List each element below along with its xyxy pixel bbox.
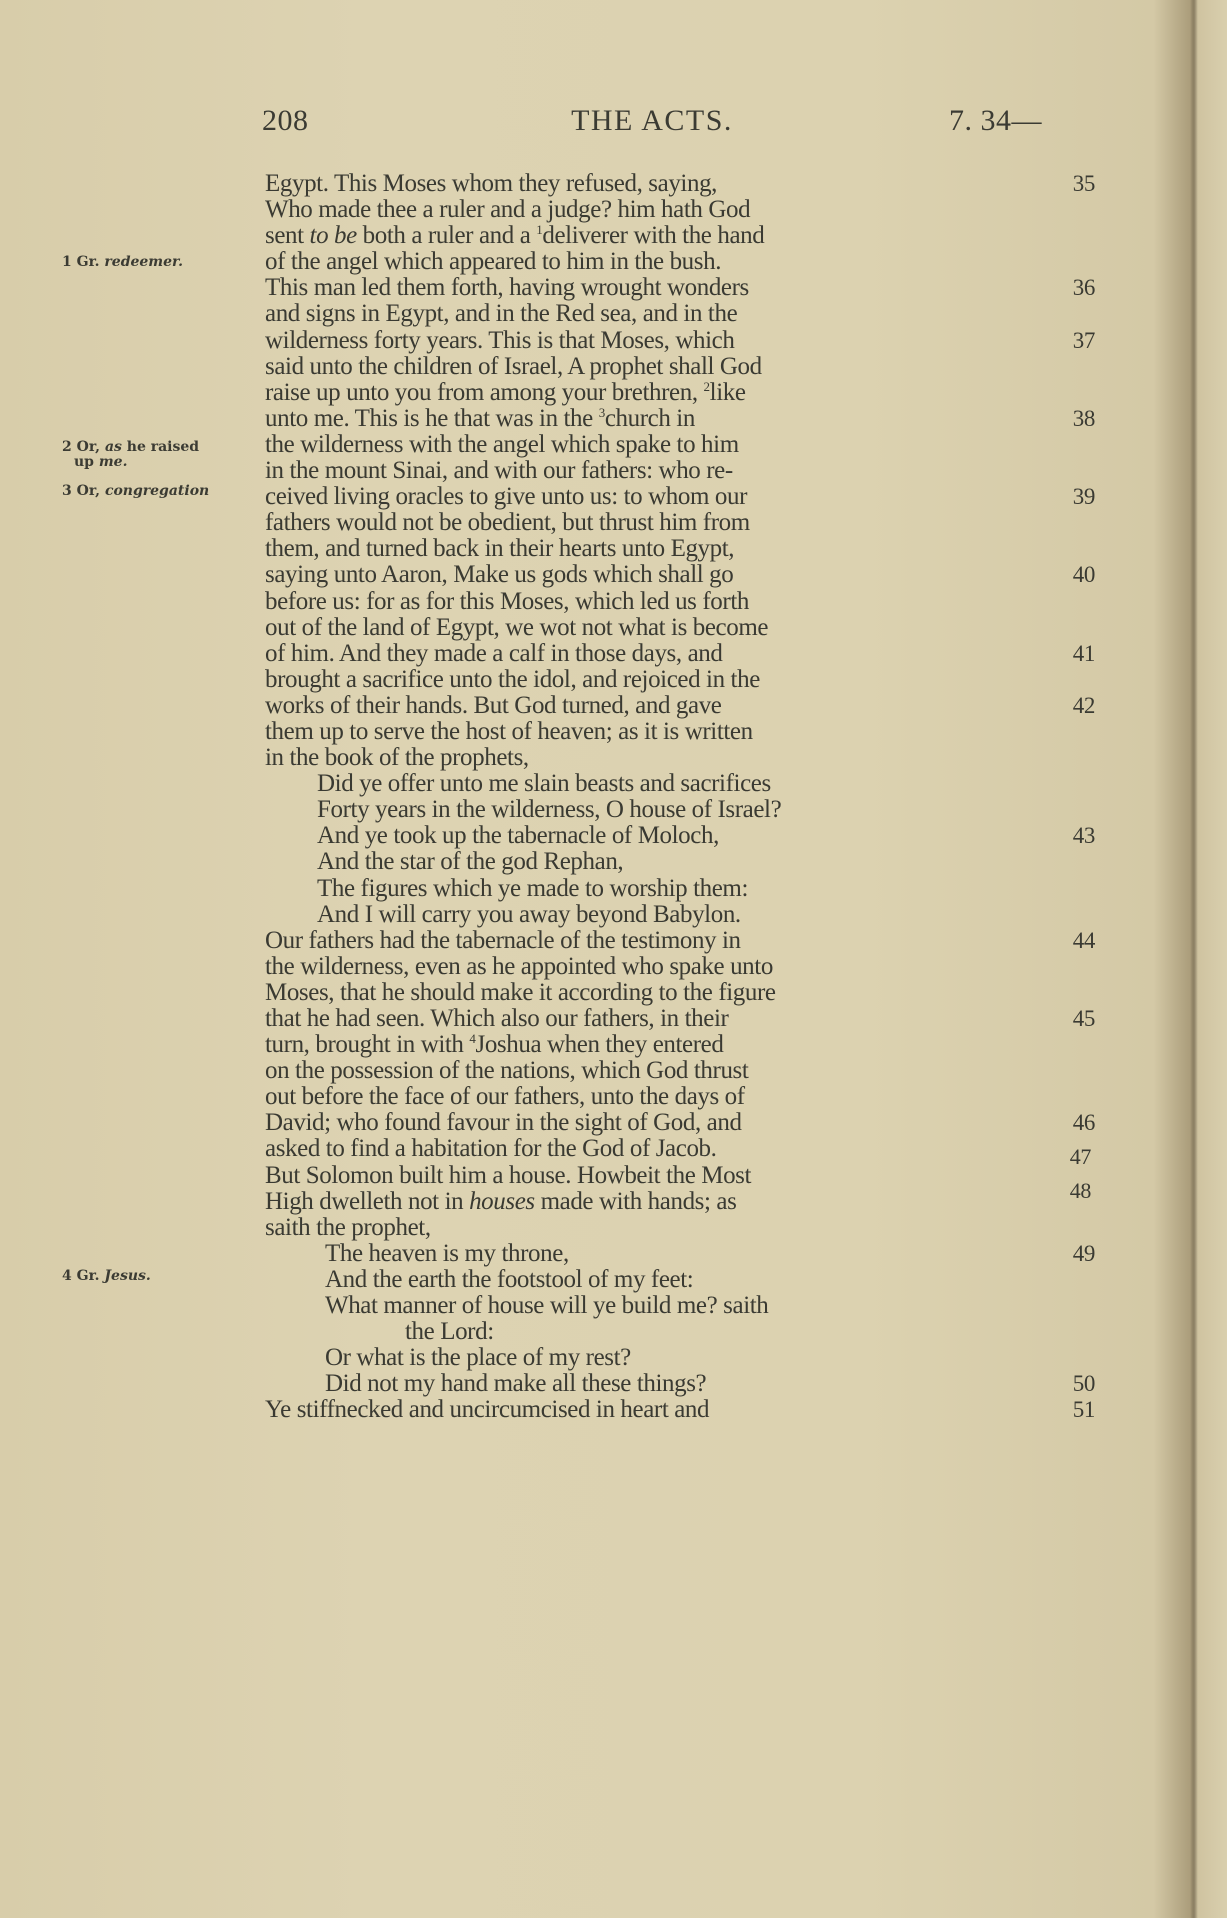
text-span: church in <box>605 405 695 432</box>
text-line: the Lord: <box>265 1319 1095 1345</box>
text-span: unto me. This is he that was in the <box>265 405 599 432</box>
margin-note: 3 Or, congregation <box>62 484 209 499</box>
text-line: The heaven is my throne,49 <box>265 1241 1095 1267</box>
line-text: in the mount Sinai, and with our fathers… <box>265 458 733 484</box>
text-span: turn, brought in with <box>265 1031 469 1058</box>
text-line: wilderness forty years. This is that Mos… <box>265 328 1095 354</box>
text-line: Ye stiffnecked and uncircumcised in hear… <box>265 1397 1095 1423</box>
text-line: What manner of house will ye build me? s… <box>265 1293 1095 1319</box>
line-text: High dwelleth not in houses made with ha… <box>265 1189 736 1215</box>
line-text: Or what is the place of my rest? <box>325 1345 631 1371</box>
text-line: in the book of the prophets, <box>265 745 1095 771</box>
verse-number: 36 <box>1073 275 1095 301</box>
text-line: Who made thee a ruler and a judge? him h… <box>265 197 1095 223</box>
line-text: raise up unto you from among your brethr… <box>265 380 746 406</box>
text-line: before us: for as for this Moses, which … <box>265 589 1095 615</box>
text-line: And I will carry you away beyond Babylon… <box>265 902 1095 928</box>
line-text: and signs in Egypt, and in the Red sea, … <box>265 301 737 327</box>
text-line: High dwelleth not in houses made with ha… <box>265 1189 1095 1215</box>
verse-number: 49 <box>1073 1241 1095 1267</box>
line-text: Egypt. This Moses whom they refused, say… <box>265 171 717 197</box>
text-span: made with hands; as <box>535 1188 737 1215</box>
text-line: brought a sacrifice unto the idol, and r… <box>265 667 1095 693</box>
text-line: Or what is the place of my rest? <box>265 1345 1095 1371</box>
text-line: on the possession of the nations, which … <box>265 1058 1095 1084</box>
verse-number: 37 <box>1073 328 1095 354</box>
margin-note-prefix: Or, <box>77 439 100 455</box>
margin-note-prefix: Or, <box>77 483 100 499</box>
text-line: the wilderness with the angel which spak… <box>265 432 1095 458</box>
line-text: Did ye offer unto me slain beasts and sa… <box>317 771 771 797</box>
text-line: out of the land of Egypt, we wot not wha… <box>265 615 1095 641</box>
line-text: the Lord: <box>405 1319 494 1345</box>
text-span: sent <box>265 222 310 249</box>
line-text: saying unto Aaron, Make us gods which sh… <box>265 562 733 588</box>
line-text: Who made thee a ruler and a judge? him h… <box>265 197 750 223</box>
verse-number: 46 <box>1073 1110 1095 1136</box>
line-text: the wilderness, even as he appointed who… <box>265 954 773 980</box>
verse-number: 51 <box>1073 1397 1095 1423</box>
line-text: on the possession of the nations, which … <box>265 1058 748 1084</box>
line-text: Ye stiffnecked and uncircumcised in hear… <box>265 1397 709 1423</box>
text-line: Egypt. This Moses whom they refused, say… <box>265 171 1095 197</box>
line-text: that he had seen. Which also our fathers… <box>265 1006 728 1032</box>
line-text: Did not my hand make all these things? <box>325 1371 706 1397</box>
page-gutter-shadow <box>1190 0 1198 1918</box>
verse-number: 44 <box>1073 928 1095 954</box>
text-line: and signs in Egypt, and in the Red sea, … <box>265 301 1095 327</box>
text-line: saying unto Aaron, Make us gods which sh… <box>265 562 1095 588</box>
text-line: And the star of the god Rephan, <box>265 849 1095 875</box>
line-text: in the book of the prophets, <box>265 745 529 771</box>
margin-note-num: 2 <box>62 439 72 455</box>
margin-note: 2 Or, as he raisedup me. <box>62 440 199 470</box>
verse-number: 38 <box>1073 406 1095 432</box>
margin-note: 4 Gr. Jesus. <box>62 1269 151 1284</box>
verse-number: 42 <box>1073 693 1095 719</box>
margin-note-continuation: up me. <box>62 454 127 470</box>
margin-note-text2-italic: me. <box>99 454 128 470</box>
text-line: raise up unto you from among your brethr… <box>265 380 1095 406</box>
text-span: raise up unto you from among your brethr… <box>265 379 704 406</box>
line-text: saith the prophet, <box>265 1215 431 1241</box>
text-line: And ye took up the tabernacle of Moloch,… <box>265 823 1095 849</box>
text-line: said unto the children of Israel, A prop… <box>265 354 1095 380</box>
text-span: Joshua when they entered <box>476 1031 724 1058</box>
text-line: This man led them forth, having wrought … <box>265 275 1095 301</box>
text-line: that he had seen. Which also our fathers… <box>265 1006 1095 1032</box>
line-text: Moses, that he should make it according … <box>265 980 776 1006</box>
margin-note-text-italic: as <box>105 439 122 455</box>
line-text: of him. And they made a calf in those da… <box>265 641 722 667</box>
text-line: of the angel which appeared to him in th… <box>265 249 1095 275</box>
line-text: out of the land of Egypt, we wot not wha… <box>265 615 768 641</box>
verse-number: 40 <box>1073 562 1095 588</box>
text-line: them, and turned back in their hearts un… <box>265 536 1095 562</box>
italic-text: houses <box>469 1188 535 1215</box>
line-text: The heaven is my throne, <box>325 1241 569 1267</box>
margin-note-num: 4 <box>62 1268 72 1284</box>
line-text: them up to serve the host of heaven; as … <box>265 719 753 745</box>
text-line: saith the prophet, <box>265 1215 1095 1241</box>
margin-note-prefix: Gr. <box>77 254 100 270</box>
text-span: High dwelleth not in <box>265 1188 469 1215</box>
text-line: the wilderness, even as he appointed who… <box>265 954 1095 980</box>
line-text: asked to find a habitation for the God o… <box>265 1136 717 1162</box>
line-text: wilderness forty years. This is that Mos… <box>265 328 734 354</box>
line-text: This man led them forth, having wrought … <box>265 275 749 301</box>
verse-number: 45 <box>1073 1006 1095 1032</box>
line-text: And ye took up the tabernacle of Moloch, <box>317 823 719 849</box>
text-line: But Solomon built him a house. Howbeit t… <box>265 1163 1095 1189</box>
text-line: sent to be both a ruler and a 1deliverer… <box>265 223 1095 249</box>
margin-note-text: redeemer. <box>104 254 183 270</box>
text-line: And the earth the footstool of my feet: <box>265 1267 1095 1293</box>
text-line: David; who found favour in the sight of … <box>265 1110 1095 1136</box>
margin-note-prefix: Gr. <box>77 1268 100 1284</box>
text-line: out before the face of our fathers, unto… <box>265 1084 1095 1110</box>
running-head: 208 THE ACTS. 7. 34— <box>262 104 1042 140</box>
text-line: Forty years in the wilderness, O house o… <box>265 797 1095 823</box>
text-line: them up to serve the host of heaven; as … <box>265 719 1095 745</box>
text-line: in the mount Sinai, and with our fathers… <box>265 458 1095 484</box>
text-line: asked to find a habitation for the God o… <box>265 1136 1095 1162</box>
text-line: unto me. This is he that was in the 3chu… <box>265 406 1095 432</box>
line-text: out before the face of our fathers, unto… <box>265 1084 745 1110</box>
margin-note-text2: up <box>74 454 94 470</box>
text-line: turn, brought in with 4Joshua when they … <box>265 1032 1095 1058</box>
body-text: Egypt. This Moses whom they refused, say… <box>265 171 1095 1424</box>
line-text: Forty years in the wilderness, O house o… <box>317 797 781 823</box>
text-line: fathers would not be obedient, but thrus… <box>265 510 1095 536</box>
text-line: The figures which ye made to worship the… <box>265 876 1095 902</box>
text-line: Did ye offer unto me slain beasts and sa… <box>265 771 1095 797</box>
text-line: Our fathers had the tabernacle of the te… <box>265 928 1095 954</box>
text-line: Moses, that he should make it according … <box>265 980 1095 1006</box>
text-line: of him. And they made a calf in those da… <box>265 641 1095 667</box>
line-text: works of their hands. But God turned, an… <box>265 693 722 719</box>
line-text: them, and turned back in their hearts un… <box>265 536 734 562</box>
line-text: David; who found favour in the sight of … <box>265 1110 742 1136</box>
line-text: said unto the children of Israel, A prop… <box>265 354 762 380</box>
line-text: And I will carry you away beyond Babylon… <box>317 902 741 928</box>
book-page: 208 THE ACTS. 7. 34— 1 Gr. redeemer.2 Or… <box>0 0 1227 1918</box>
line-text: fathers would not be obedient, but thrus… <box>265 510 750 536</box>
running-title: THE ACTS. <box>262 104 1042 138</box>
line-text: ceived living oracles to give unto us: t… <box>265 484 747 510</box>
line-text: The figures which ye made to worship the… <box>317 876 748 902</box>
line-text: And the earth the footstool of my feet: <box>325 1267 693 1293</box>
verse-number: 41 <box>1073 641 1095 667</box>
verse-number: 50 <box>1073 1371 1095 1397</box>
line-text: Our fathers had the tabernacle of the te… <box>265 928 741 954</box>
line-text: sent to be both a ruler and a 1deliverer… <box>265 223 764 249</box>
line-text: of the angel which appeared to him in th… <box>265 249 721 275</box>
verse-number: 43 <box>1073 823 1095 849</box>
text-span: deliverer with the hand <box>542 222 764 249</box>
margin-note-num: 1 <box>62 254 72 270</box>
margin-note-text: he raised <box>127 439 199 455</box>
verse-number: 35 <box>1073 171 1095 197</box>
line-text: And the star of the god Rephan, <box>317 849 623 875</box>
text-line: ceived living oracles to give unto us: t… <box>265 484 1095 510</box>
text-line: works of their hands. But God turned, an… <box>265 693 1095 719</box>
margin-note-num: 3 <box>62 483 72 499</box>
line-text: What manner of house will ye build me? s… <box>325 1293 768 1319</box>
line-text: turn, brought in with 4Joshua when they … <box>265 1032 723 1058</box>
text-line: Did not my hand make all these things?50 <box>265 1371 1095 1397</box>
margin-note: 1 Gr. redeemer. <box>62 255 183 270</box>
italic-text: to be <box>310 222 357 249</box>
line-text: But Solomon built him a house. Howbeit t… <box>265 1163 751 1189</box>
line-text: brought a sacrifice unto the idol, and r… <box>265 667 760 693</box>
line-text: unto me. This is he that was in the 3chu… <box>265 406 695 432</box>
verse-number: 39 <box>1073 484 1095 510</box>
line-text: before us: for as for this Moses, which … <box>265 589 749 615</box>
chapter-verse-ref: 7. 34— <box>949 104 1042 138</box>
text-span: both a ruler and a <box>357 222 536 249</box>
margin-note-text: Jesus. <box>104 1268 150 1284</box>
margin-note-text: congregation <box>105 483 209 499</box>
line-text: the wilderness with the angel which spak… <box>265 432 739 458</box>
text-span: like <box>710 379 746 406</box>
